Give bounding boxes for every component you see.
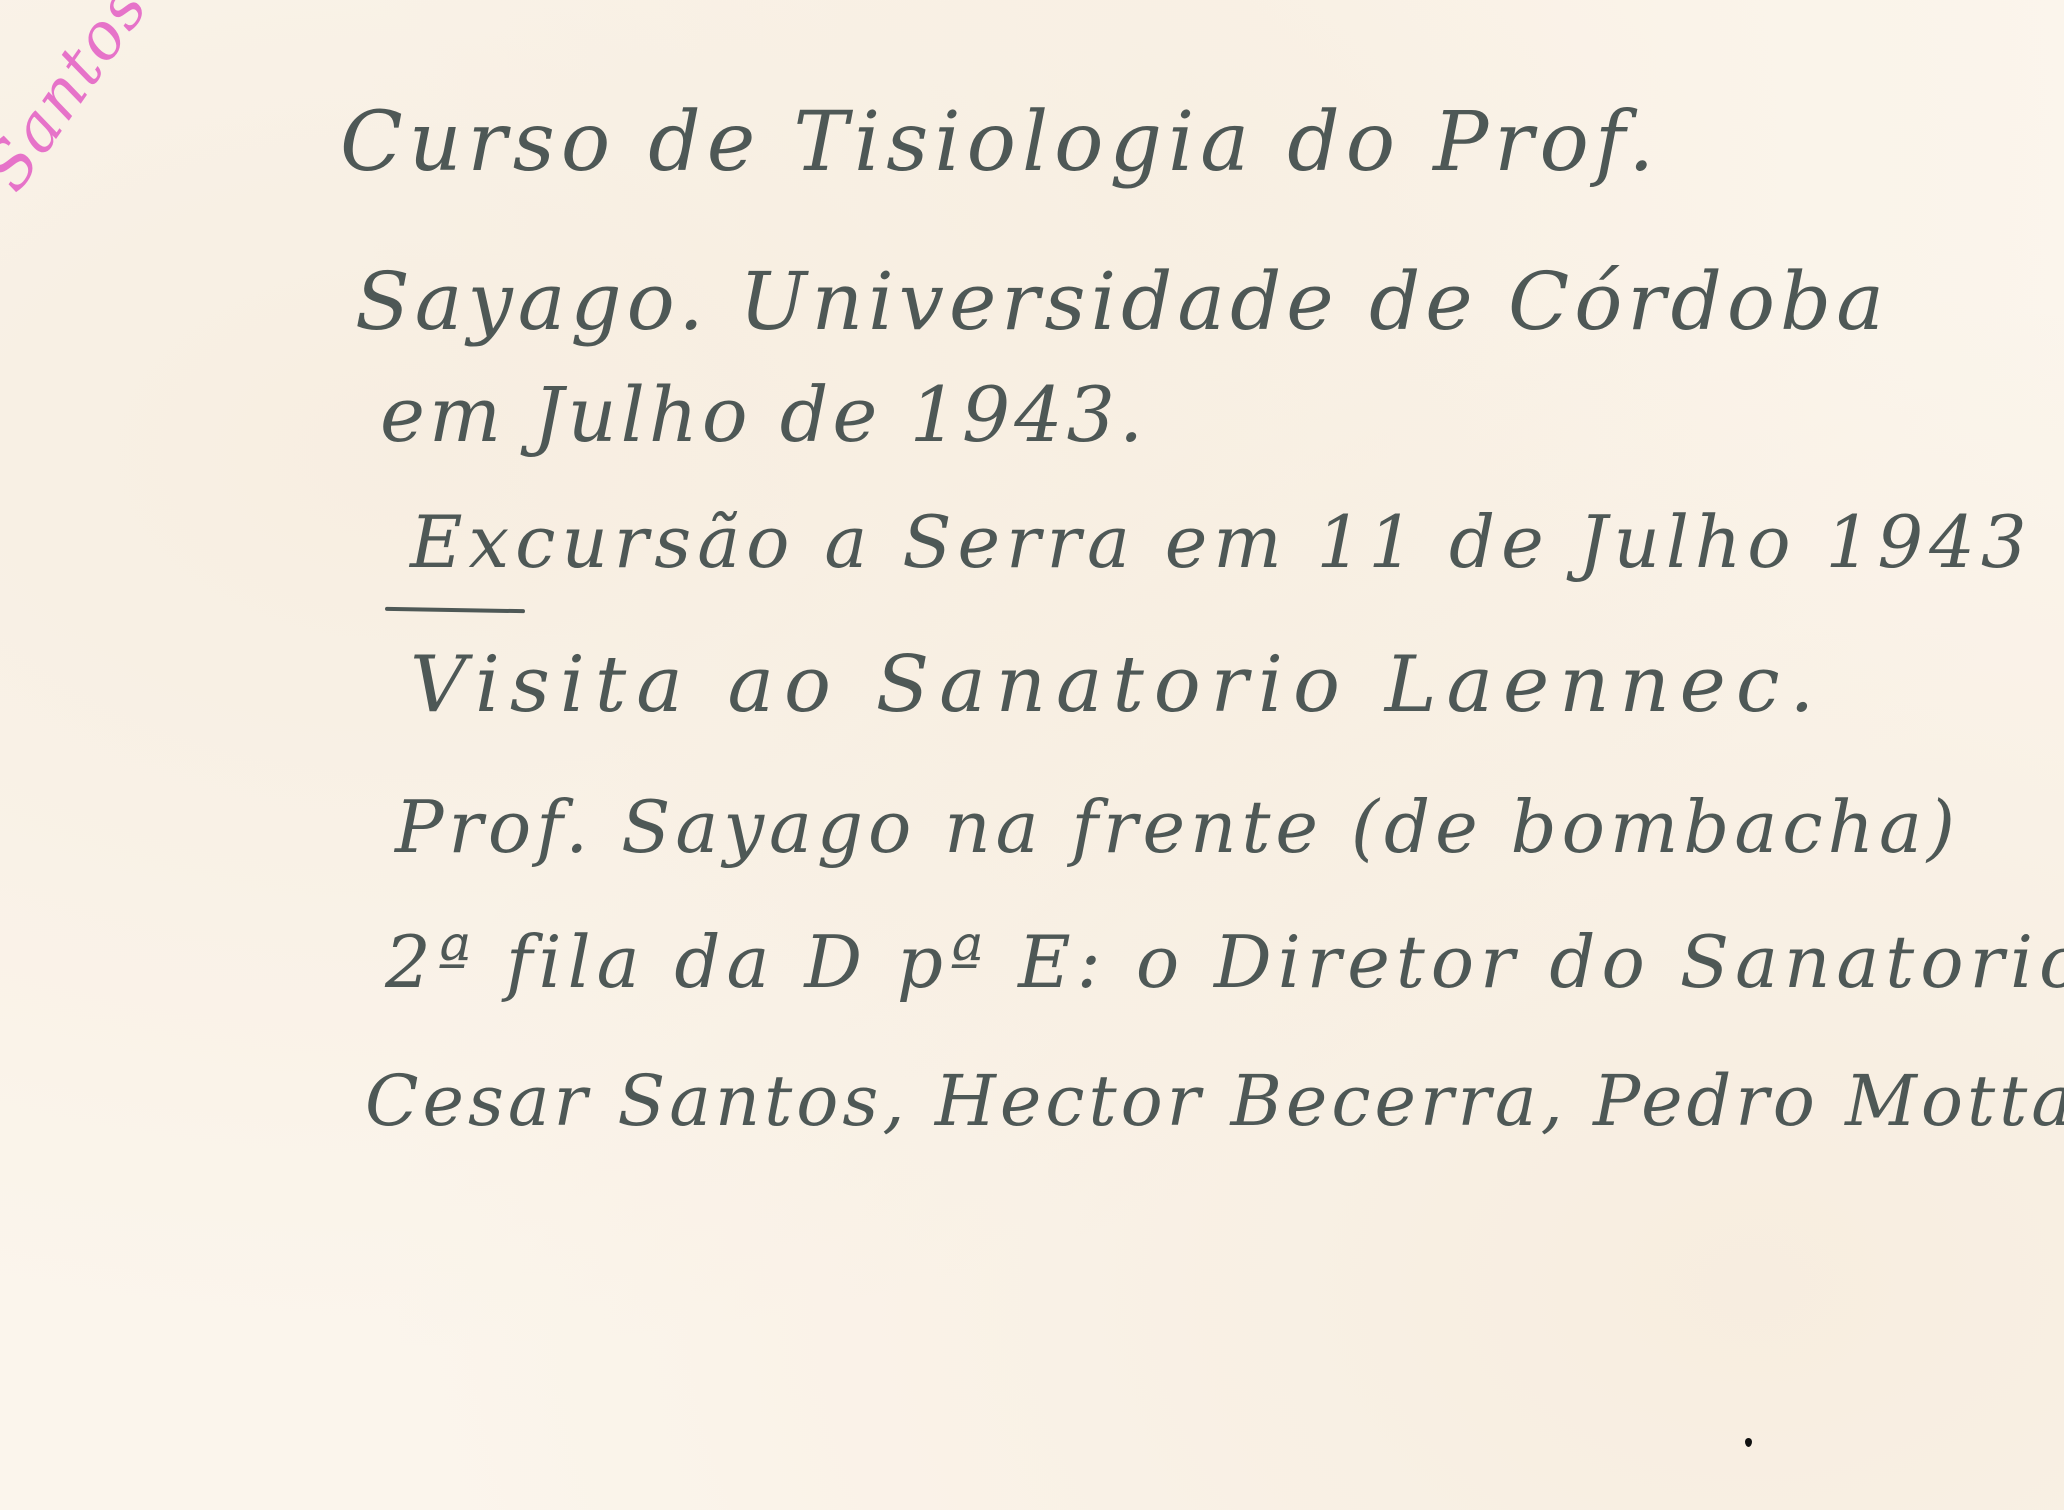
handwritten-line-1: Curso de Tisiologia do Prof. [340, 95, 1660, 190]
handwritten-line-4: Excursão a Serra em 11 de Julho 1943 [410, 500, 2033, 584]
handwritten-line-7: 2ª fila da D pª E: o Diretor do Sanatori… [385, 920, 2064, 1004]
handwritten-line-2: Sayago. Universidade de Córdoba [355, 255, 1889, 348]
paper-background [0, 0, 2064, 1510]
handwritten-line-3: em Julho de 1943. [380, 370, 1147, 459]
handwritten-line-8: Cesar Santos, Hector Becerra, Pedro Mott… [365, 1060, 2064, 1142]
handwritten-line-6: Prof. Sayago na frente (de bombacha) [395, 785, 1960, 869]
handwritten-line-5: Visita ao Sanatorio Laennec. [410, 640, 1824, 730]
